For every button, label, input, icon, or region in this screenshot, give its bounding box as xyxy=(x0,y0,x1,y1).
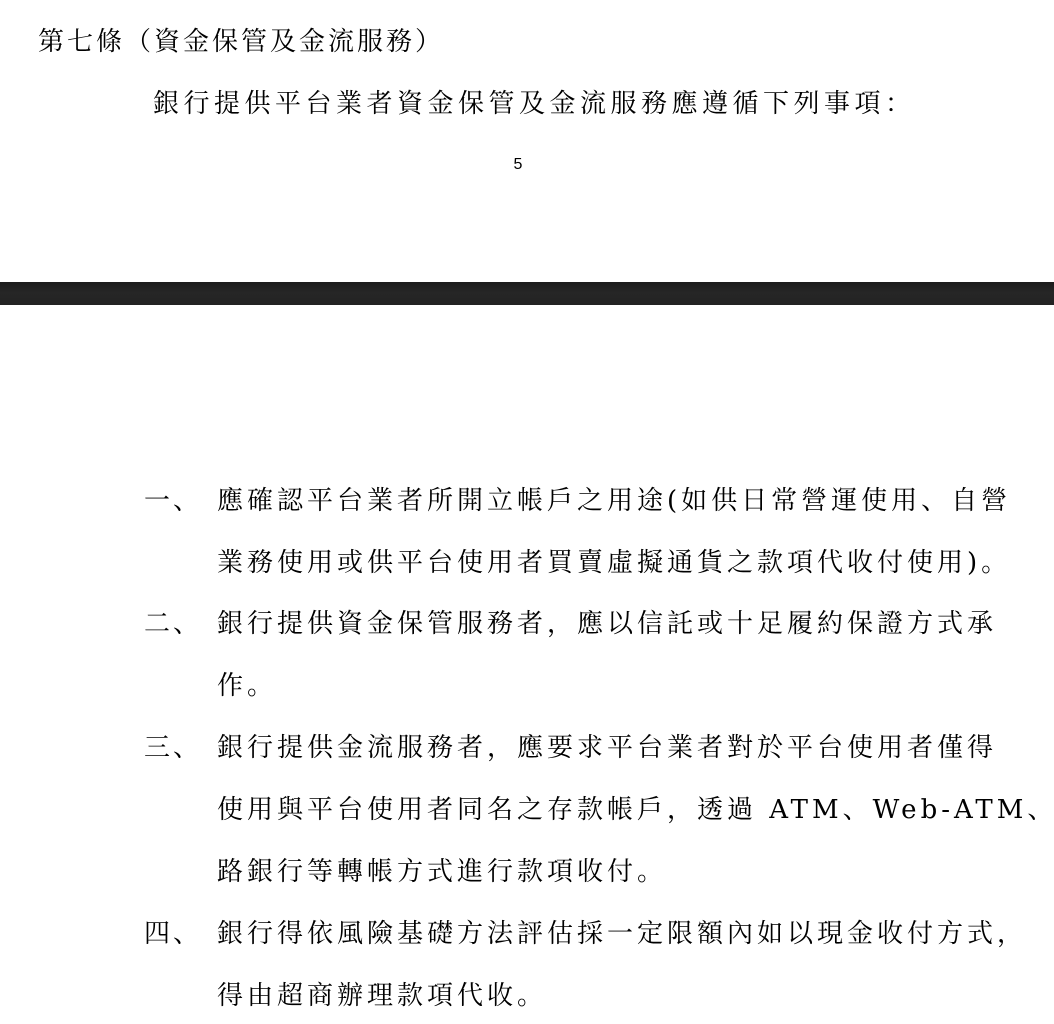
item-marker: 一、 xyxy=(144,481,202,521)
item-marker: 二、 xyxy=(144,604,202,644)
item-marker: 四、 xyxy=(144,914,202,954)
page-number: 5 xyxy=(0,154,1036,176)
article-intro: 銀行提供平台業者資金保管及金流服務應遵循下列事項： xyxy=(153,84,916,124)
item-line: 銀行提供資金保管服務者，應以信託或十足履約保證方式承 xyxy=(217,604,997,644)
page-break-divider xyxy=(0,282,1054,305)
item-line: 銀行得依風險基礎方法評估採一定限額內如以現金收付方式， xyxy=(217,914,1027,954)
item-line: 銀行提供金流服務者，應要求平台業者對於平台使用者僅得 xyxy=(217,728,997,768)
item-line: 業務使用或供平台使用者買賣虛擬通貨之款項代收付使用)。 xyxy=(217,543,1011,583)
item-line: 路銀行等轉帳方式進行款項收付。 xyxy=(217,852,667,892)
item-line: 使用與平台使用者同名之存款帳戶，透過 ATM、Web-ATM、網 xyxy=(217,790,1054,830)
page-bottom: 一、 應確認平台業者所開立帳戶之用途(如供日常營運使用、自營 業務使用或供平台使… xyxy=(0,305,1054,1024)
item-line: 應確認平台業者所開立帳戶之用途(如供日常營運使用、自營 xyxy=(217,481,1011,521)
item-marker: 三、 xyxy=(144,728,202,768)
item-line: 作。 xyxy=(217,666,277,706)
article-heading: 第七條（資金保管及金流服務） xyxy=(38,22,444,62)
item-line: 得由超商辦理款項代收。 xyxy=(217,976,547,1016)
page-top: 第七條（資金保管及金流服務） 銀行提供平台業者資金保管及金流服務應遵循下列事項：… xyxy=(0,0,1054,282)
